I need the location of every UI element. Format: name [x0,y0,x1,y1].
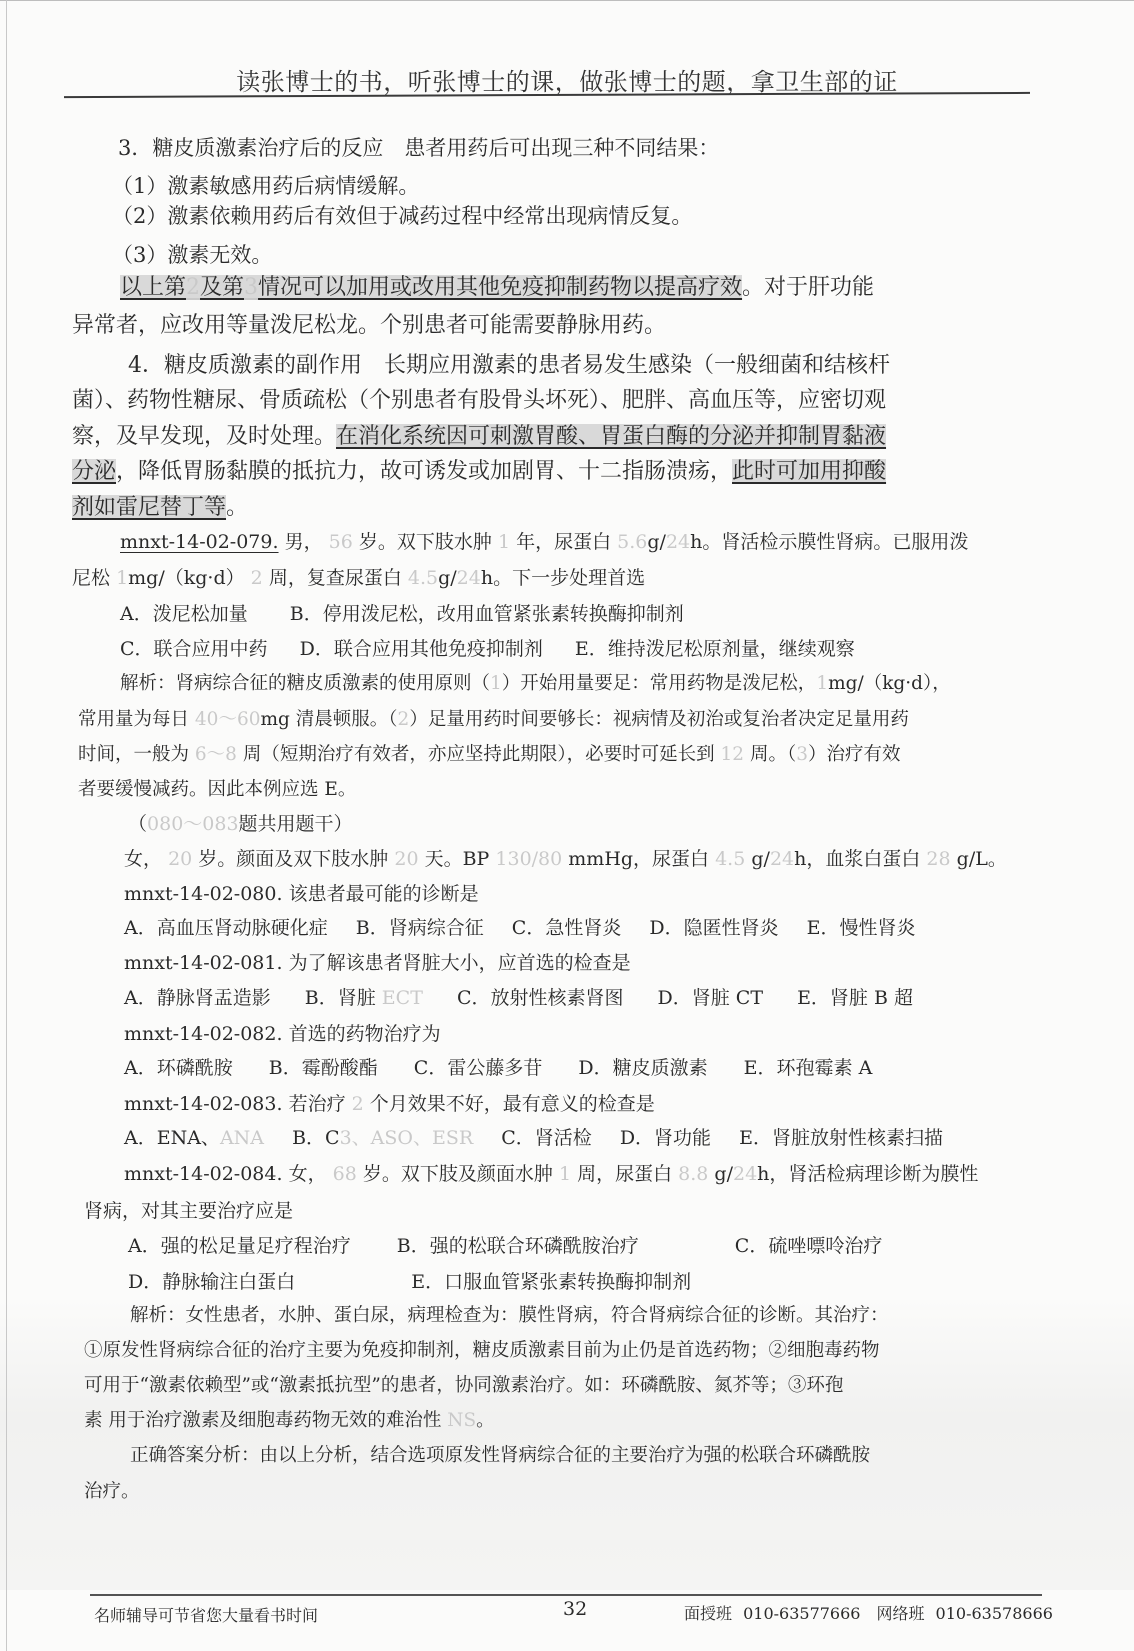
section3-item-1: （1）激素敏感用药后病情缓解。 [112,172,419,200]
highlighted-text: 及第 [200,275,244,300]
question-id: mnxt-14-02-080. [124,883,283,905]
page-number: 32 [563,1598,587,1620]
option-d: D．联合应用其他免疫抑制剂 [300,638,543,660]
option-b: B．停用泼尼松，改用血管紧张素转换酶抑制剂 [290,603,684,625]
q079-analysis-line4: 者要缓慢减药。因此本例应选 E。 [78,776,356,804]
highlighted-text: 此时可加用抑酸 [732,459,886,484]
section3-item-2: （2）激素依赖用药后有效但于减药过程中经常出现病情反复。 [112,202,692,230]
q082-options: A．环磷酰胺 B．霉酚酸酯 C．雷公藤多苷 D．糖皮质激素 E．环孢霉素 A [124,1054,872,1082]
faint-number: 2 [186,275,200,300]
highlighted-text: 分泌 [72,459,116,484]
option-a: A．泼尼松加量 [120,603,248,625]
q079-analysis-line2: 常用量为每日 40～60mg 清晨顿服。（2）足量用药时间要够长：视病情及初治或… [78,706,909,734]
question-id: mnxt-14-02-081. [124,952,283,974]
section4-line2: 菌）、药物性糖尿、骨质疏松（个别患者有股骨头坏死）、肥胖、高血压等，应密切观 [72,387,886,415]
section4-line5: 剂如雷尼替丁等。 [72,494,248,522]
q082-stem: mnxt-14-02-082. 首选的药物治疗为 [124,1020,441,1048]
q084-options-row2: D．静脉输注白蛋白 E．口服血管紧张素转换酶抑制剂 [128,1268,691,1296]
group-stem-label: （080～083题共用题干） [128,810,353,838]
section4-line4: 分泌，降低胃肠黏膜的抵抗力，故可诱发或加剧胃、十二指肠溃疡，此时可加用抑酸 [72,458,886,486]
section3-heading: 3．糖皮质激素治疗后的反应 患者用药后可出现三种不同结果： [118,134,719,162]
q079-options-row1: A．泼尼松加量 B．停用泼尼松，改用血管紧张素转换酶抑制剂 [120,600,684,628]
highlighted-text: 以上第 [120,275,186,300]
q084-analysis-line4: 素 用于治疗激素及细胞毒药物无效的难治性 NS。 [84,1407,495,1435]
q079-stem-line1: mnxt-14-02-079. 男， 56 岁。双下肢水肿 1 年，尿蛋白 5.… [120,528,968,556]
question-id: mnxt-14-02-079. [120,531,279,553]
option-e: E．维持泼尼松原剂量，继续观察 [575,638,855,660]
q079-options-row2: C．联合应用中药 D．联合应用其他免疫抑制剂 E．维持泼尼松原剂量，继续观察 [120,635,855,663]
question-id: mnxt-14-02-083. [124,1093,283,1115]
q083-options: A．ENA、ANA B．C3、ASO、ESR C．肾活检 D．肾功能 E．肾脏放… [124,1124,943,1152]
q079-stem-line2: 尼松 1mg/（kg·d） 2 周，复查尿蛋白 4.5g/24h。下一步处理首选 [72,564,645,592]
q084-options-row1: A．强的松足量足疗程治疗 B．强的松联合环磷酰胺治疗 C．硫唑嘌呤治疗 [128,1232,882,1260]
question-id: mnxt-14-02-082. [124,1023,283,1045]
highlighted-text: 在消化系统因可刺激胃酸、胃蛋白酶的分泌并抑制胃黏液 [336,424,886,449]
section3-note-line2: 异常者，应改用等量泼尼松龙。个别患者可能需要静脉用药。 [72,312,666,340]
page-left-edge [6,0,7,1651]
q084-analysis-line1: 解析：女性患者，水肿、蛋白尿，病理检查为：膜性肾病，符合肾病综合征的诊断。其治疗… [130,1302,889,1330]
q084-correct-answer-tail: 治疗。 [84,1478,140,1506]
section3-note: 以上第2及第3情况可以加用或改用其他免疫抑制药物以提高疗效。对于肝功能 [120,274,874,302]
q079-analysis-line1: 解析：肾病综合征的糖皮质激素的使用原则（1）开始用量要足：常用药物是泼尼松，1m… [120,670,951,698]
footer-slogan: 名师辅导可节省您大量看书时间 [94,1603,318,1626]
q083-stem: mnxt-14-02-083. 若治疗 2 个月效果不好，最有意义的检查是 [124,1090,655,1118]
section4-line3: 察，及早发现，及时处理。在消化系统因可刺激胃酸、胃蛋白酶的分泌并抑制胃黏液 [72,423,886,451]
q084-analysis-line3: 可用于“激素依赖型”或“激素抵抗型”的患者，协同激素治疗。如：环磷酰胺、氮芥等；… [84,1372,843,1400]
page-top-edge [0,0,1134,1]
footer-rule [90,1594,1042,1596]
q081-stem: mnxt-14-02-081. 为了解该患者肾脏大小，应首选的检查是 [124,949,631,977]
q084-correct-answer: 正确答案分析：由以上分析，结合选项原发性肾病综合征的主要治疗为强的松联合环磷酰胺 [130,1442,870,1470]
group-stem: 女， 20 岁。颜面及双下肢水肿 20 天。BP 130/80 mmHg，尿蛋白… [124,845,1007,873]
q084-analysis-line2: ①原发性肾病综合征的治疗主要为免疫抑制剂，糖皮质激素目前为止仍是首选药物；②细胞… [84,1337,880,1365]
option-c: C．联合应用中药 [120,638,268,660]
section4-line1: 4．糖皮质激素的副作用 长期应用激素的患者易发生感染（一般细菌和结核杆 [128,352,890,380]
q081-options: A．静脉肾盂造影 B．肾脏 ECT C．放射性核素肾图 D．肾脏 CT E．肾脏… [124,984,913,1012]
q080-stem: mnxt-14-02-080. 该患者最可能的诊断是 [124,880,479,908]
highlighted-text: 剂如雷尼替丁等 [72,495,226,520]
q080-options: A．高血压肾动脉硬化症 B．肾病综合征 C．急性肾炎 D．隐匿性肾炎 E．慢性肾… [124,914,916,942]
footer-contact: 面授班 010-63577666 网络班 010-63578666 [684,1601,1053,1624]
q084-stem-line2: 肾病，对其主要治疗应是 [84,1197,293,1225]
highlighted-text: 情况可以加用或改用其他免疫抑制药物以提高疗效 [258,275,742,300]
section3-item-3: （3）激素无效。 [112,241,272,269]
faint-number: 3 [244,275,258,300]
question-id: mnxt-14-02-084. [124,1163,283,1185]
q084-stem-line1: mnxt-14-02-084. 女， 68 岁。双下肢及颜面水肿 1 周，尿蛋白… [124,1160,978,1188]
q079-analysis-line3: 时间，一般为 6～8 周（短期治疗有效者，亦应坚持此期限），必要时可延长到 12… [78,741,901,769]
